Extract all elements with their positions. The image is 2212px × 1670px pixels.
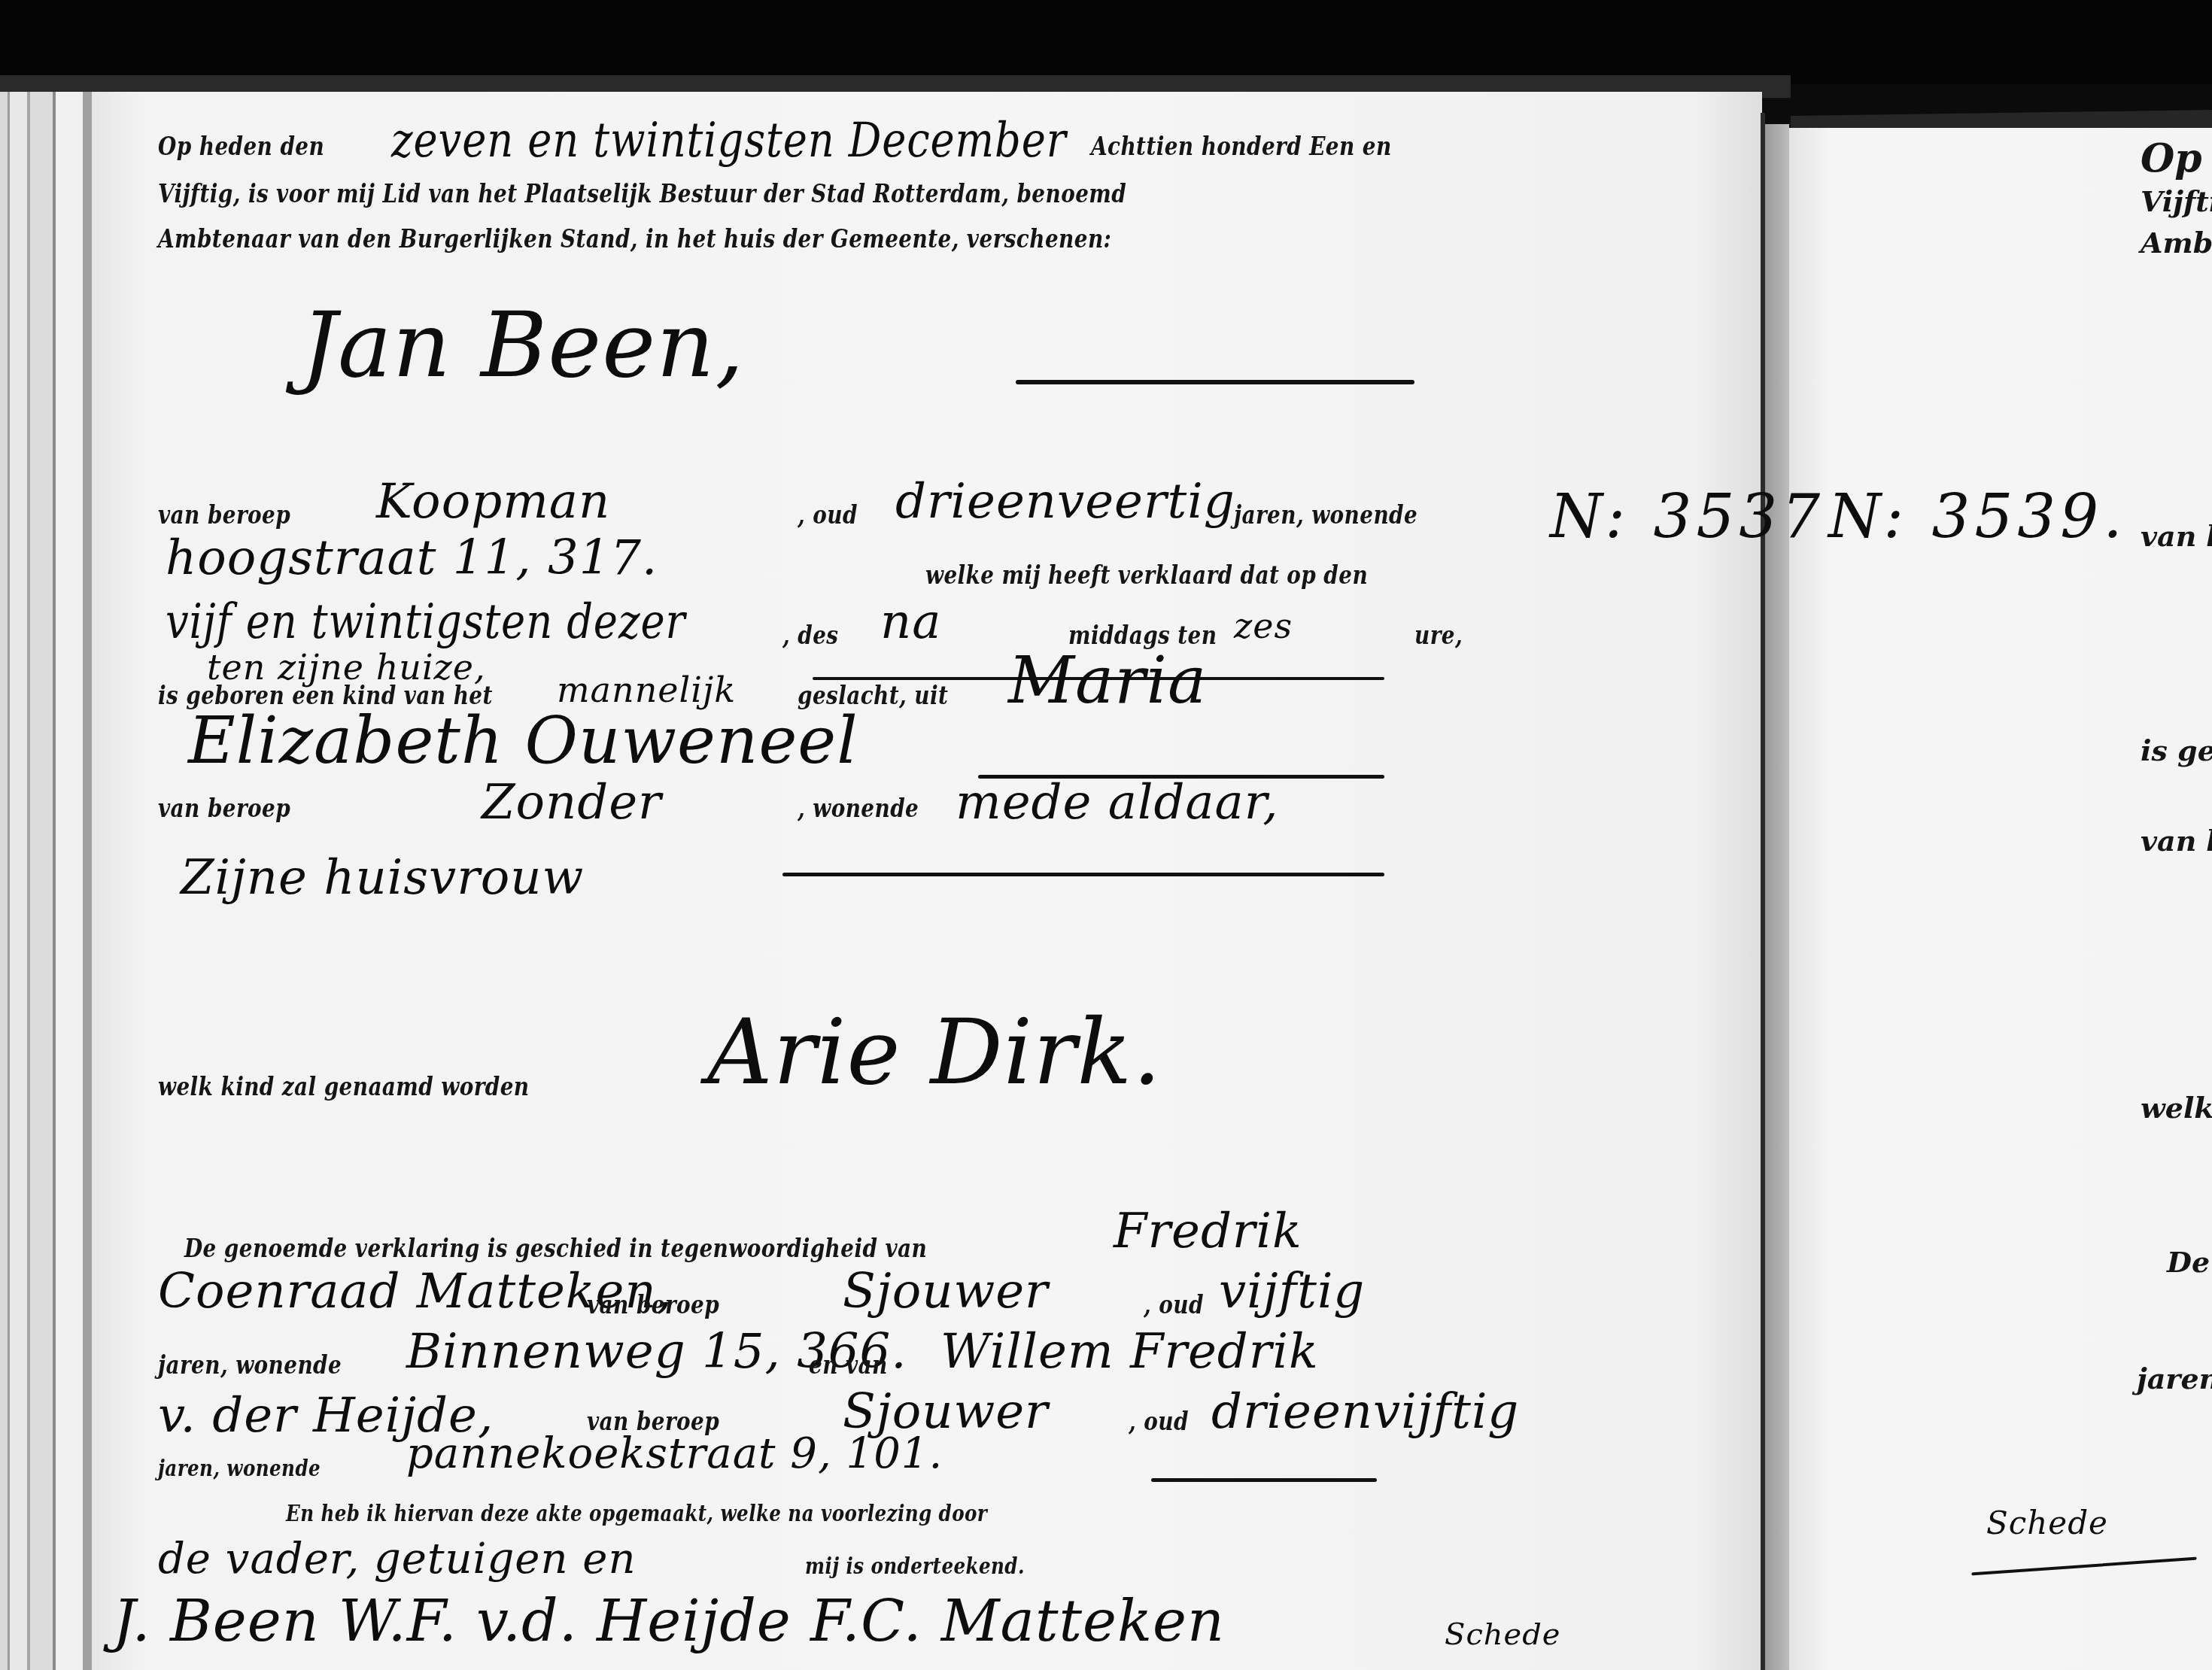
label-oud: , oud xyxy=(798,500,858,530)
birth-day: vijf en twintigsten dezer xyxy=(166,594,685,650)
book-gutter xyxy=(1765,124,1789,1670)
right-fragment-is-geb: is geb xyxy=(2141,733,2212,767)
label-jaren-wonende: jaren, wonende xyxy=(158,1456,321,1482)
right-fragment-welk: welk xyxy=(2141,1091,2212,1125)
birth-hour: zes xyxy=(1234,606,1293,646)
right-fragment-op: Op xyxy=(2141,135,2202,181)
relation: Zijne huisvrouw xyxy=(181,850,584,906)
daypart: na xyxy=(880,594,941,650)
right-page xyxy=(1789,128,2212,1670)
label-en-van: en van xyxy=(809,1350,888,1380)
handwritten-date: zeven en twintigsten December xyxy=(391,113,1067,169)
fill-line xyxy=(782,873,1384,876)
printed-line-2: Vijftig, is voor mij Lid van het Plaatse… xyxy=(158,179,1454,209)
witness2-first: Willem Fredrik xyxy=(940,1324,1319,1380)
label-oud: , oud xyxy=(1129,1407,1189,1437)
witness2-age: drieenvijftig xyxy=(1211,1384,1519,1440)
label-van-beroep: van beroep xyxy=(158,794,290,824)
witness1-age: vijftig xyxy=(1219,1264,1365,1319)
official-signature: Schede xyxy=(1445,1617,1561,1652)
fill-line xyxy=(1016,380,1414,384)
label-jaren-wonende: jaren, wonende xyxy=(158,1350,342,1380)
label-child-name: welk kind zal genaamd worden xyxy=(158,1072,530,1102)
right-fragment-vijftig: Vijftig xyxy=(2141,184,2212,218)
child-name: Arie Dirk. xyxy=(707,1000,1162,1105)
witness1-occupation: Sjouwer xyxy=(843,1264,1049,1319)
declarant-name: Jan Been, xyxy=(301,293,745,398)
witness1-first: Fredrik xyxy=(1114,1204,1302,1259)
scanner-background xyxy=(0,0,2212,84)
declarant-occupation: Koopman xyxy=(376,474,610,530)
label-van-beroep: van beroep xyxy=(587,1290,719,1320)
right-fragment-van-b-2: van b xyxy=(2141,824,2212,858)
right-fragment-ambte: Ambte xyxy=(2141,226,2212,260)
declarant-address: hoogstraat 11, 317. xyxy=(166,530,658,586)
right-official-signature: Schede xyxy=(1986,1505,2108,1541)
printed-prefix: Op heden den xyxy=(158,132,324,162)
label-ure: ure, xyxy=(1414,621,1463,651)
printed-line-1: Op heden den xyxy=(158,132,324,162)
label-oud: , oud xyxy=(1144,1290,1204,1320)
right-fragment-de: De xyxy=(2167,1245,2210,1279)
closing-hand: de vader, getuigen en xyxy=(158,1535,637,1583)
witness-intro: De genoemde verklaring is geschied in te… xyxy=(184,1234,927,1264)
closing-text: En heb ik hiervan deze akte opgemaakt, w… xyxy=(286,1501,987,1527)
mother-first-name: Maria xyxy=(1008,643,1207,718)
closing-end: mij is onderteekend. xyxy=(805,1553,1025,1580)
printed-declared: welke mij heeft verklaard dat op den xyxy=(925,560,1368,591)
label-van-beroep: van beroep xyxy=(158,500,290,530)
printed-line-3: Ambtenaar van den Burgerlijken Stand, in… xyxy=(158,224,1454,254)
label-jaren-wonende: jaren, wonende xyxy=(1234,500,1417,530)
mother-name: Elizabeth Ouweneel xyxy=(188,703,858,779)
label-wonende: , wonende xyxy=(798,794,919,824)
mother-occupation: Zonder xyxy=(482,775,662,830)
mother-residence: mede aldaar, xyxy=(956,775,1279,830)
declarant-age: drieenveertig xyxy=(895,474,1235,530)
witness2-address: pannekoekstraat 9, 101. xyxy=(406,1429,943,1478)
signatures: J. Been W.F. v.d. Heijde F.C. Matteken xyxy=(113,1587,1225,1654)
entry-number-3537: N: 3537 xyxy=(1550,481,1825,551)
label-des: , des xyxy=(782,621,838,651)
right-fragment-van-b: van b xyxy=(2141,519,2212,553)
right-fragment-jaren: jaren xyxy=(2137,1362,2212,1395)
printed-year: Achttien honderd Een en xyxy=(1091,132,1392,162)
entry-number-3539: N: 3539. xyxy=(1828,481,2127,551)
page-stack-edges xyxy=(0,92,92,1670)
fill-line xyxy=(1151,1478,1377,1482)
